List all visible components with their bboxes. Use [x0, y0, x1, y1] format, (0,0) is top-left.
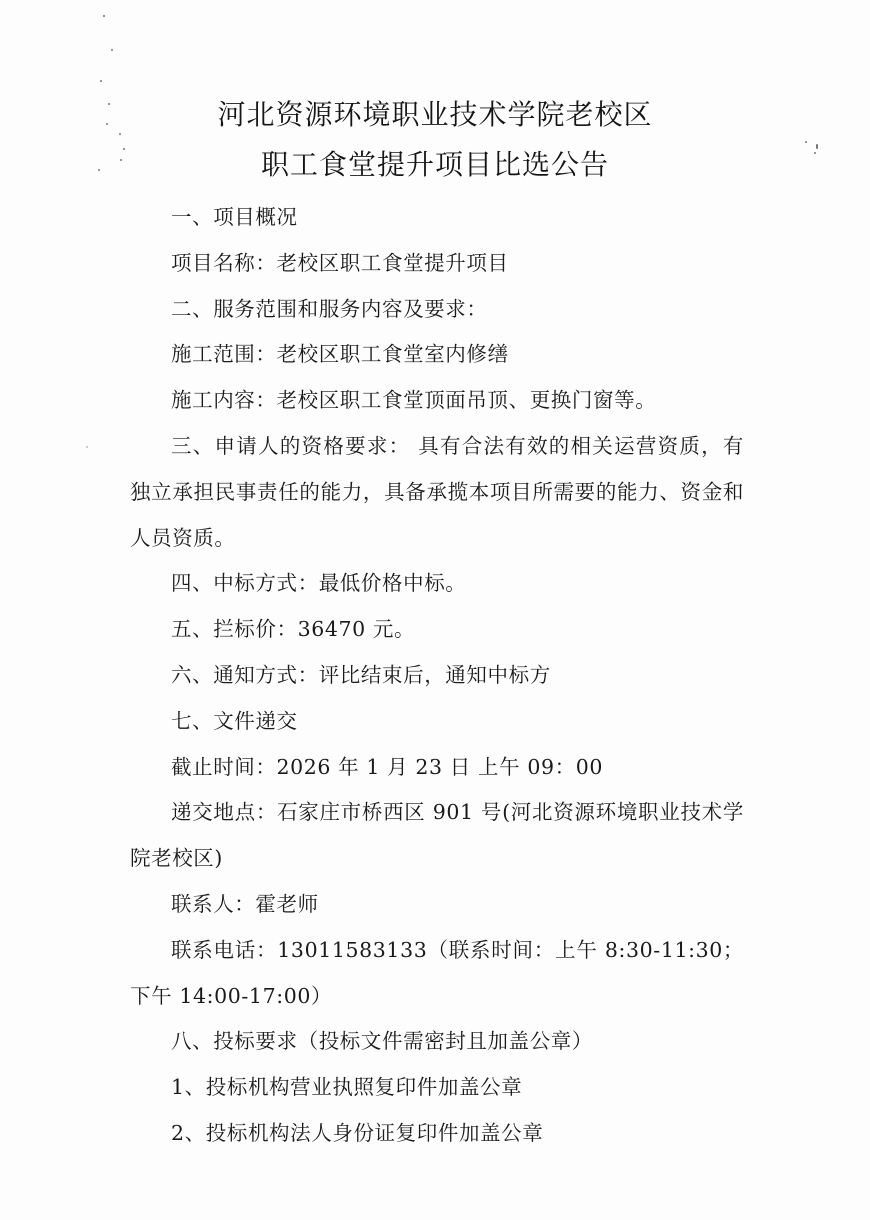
scan-speck	[86, 446, 88, 448]
section-heading-project-overview: 一、项目概况	[130, 195, 744, 241]
ceiling-price: 五、拦标价：36470 元。	[130, 607, 744, 653]
document-page: 河北资源环境职业技术学院老校区 职工食堂提升项目比选公告 一、项目概况 项目名称…	[0, 0, 870, 1220]
section-heading-document-submission: 七、文件递交	[130, 699, 744, 745]
submission-deadline: 截止时间：2026 年 1 月 23 日 上午 09：00	[130, 745, 744, 791]
submission-location: 递交地点：石家庄市桥西区 901 号(河北资源环境职业技术学院老校区)	[130, 790, 744, 882]
contact-person: 联系人：霍老师	[130, 882, 744, 928]
award-method: 四、中标方式：最低价格中标。	[130, 561, 744, 607]
document-title-line-2: 职工食堂提升项目比选公告	[0, 143, 870, 183]
scan-speck	[111, 49, 113, 51]
applicant-qualifications: 三、申请人的资格要求： 具有合法有效的相关运营资质，有独立承担民事责任的能力，具…	[130, 424, 744, 561]
section-heading-service-scope: 二、服务范围和服务内容及要求：	[130, 287, 744, 333]
document-title-line-1: 河北资源环境职业技术学院老校区	[0, 93, 870, 133]
requirement-legal-rep-id: 2、投标机构法人身份证复印件加盖公章	[130, 1111, 744, 1157]
document-body: 一、项目概况 项目名称：老校区职工食堂提升项目 二、服务范围和服务内容及要求： …	[130, 195, 744, 1157]
project-name: 项目名称：老校区职工食堂提升项目	[130, 241, 744, 287]
requirement-business-license: 1、投标机构营业执照复印件加盖公章	[130, 1065, 744, 1111]
scan-speck	[100, 80, 102, 82]
section-heading-bid-requirements: 八、投标要求（投标文件需密封且加盖公章）	[130, 1019, 744, 1065]
construction-scope: 施工范围：老校区职工食堂室内修缮	[130, 332, 744, 378]
notification-method: 六、通知方式：评比结束后，通知中标方	[130, 653, 744, 699]
contact-phone: 联系电话：13011583133（联系时间：上午 8:30-11:30； 下午 …	[130, 928, 744, 1020]
scan-speck	[119, 133, 121, 135]
scan-speck	[103, 15, 105, 17]
construction-content: 施工内容：老校区职工食堂顶面吊顶、更换门窗等。	[130, 378, 744, 424]
